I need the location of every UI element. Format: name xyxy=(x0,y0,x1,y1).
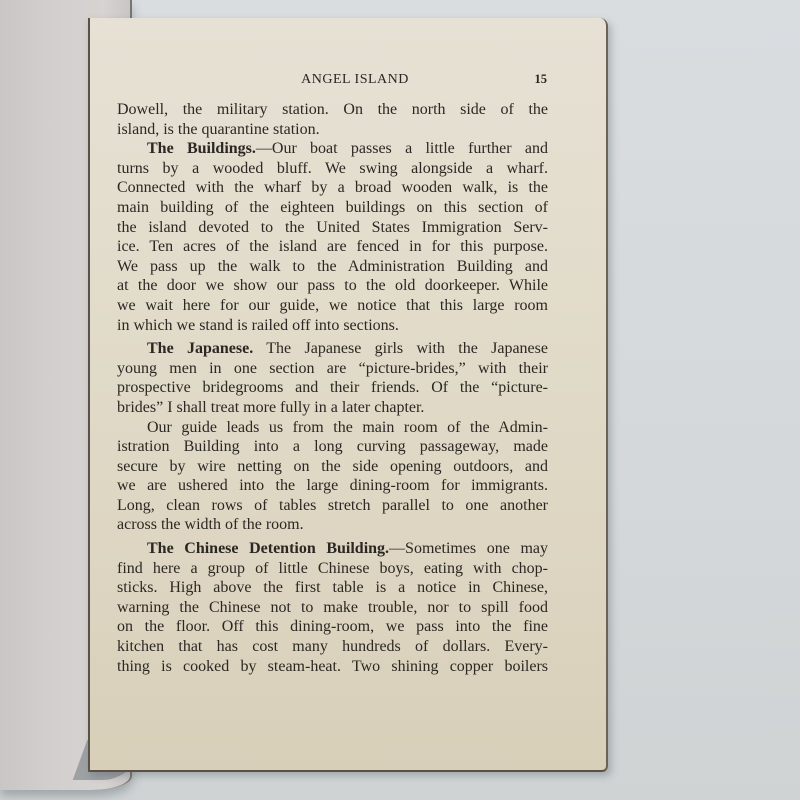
running-title: ANGEL ISLAND xyxy=(90,72,606,88)
text-run: The Japanese girls with the Japanese xyxy=(253,340,548,357)
text-line: young men in one section are “picture-br… xyxy=(117,359,548,379)
section-heading-japanese: The Japanese. xyxy=(147,340,253,357)
text-line: Long, clean rows of tables stretch paral… xyxy=(117,496,548,516)
text-line: The Chinese Detention Building.—Sometime… xyxy=(117,539,548,559)
text-line: in which we stand is railed off into sec… xyxy=(117,316,548,336)
running-head: ANGEL ISLAND 15 xyxy=(90,72,606,92)
text-line: prospective bridegrooms and their friend… xyxy=(117,378,548,398)
text-line: turns by a wooded bluff. We swing alongs… xyxy=(117,159,548,179)
text-line: We pass up the walk to the Administratio… xyxy=(117,257,548,277)
page-number: 15 xyxy=(535,72,548,87)
text-line: kitchen that has cost many hundreds of d… xyxy=(117,637,548,657)
paragraph-buildings: The Buildings.—Our boat passes a little … xyxy=(117,139,548,335)
section-heading-chinese-detention: The Chinese Detention Building. xyxy=(147,540,389,557)
text-line: ice. Ten acres of the island are fenced … xyxy=(117,237,548,257)
text-line: island, is the quarantine station. xyxy=(117,120,548,140)
text-run: —Sometimes one may xyxy=(389,540,548,557)
text-line: we wait here for our guide, we notice th… xyxy=(117,296,548,316)
text-line: on the floor. Off this dining-room, we p… xyxy=(117,617,548,637)
text-line: warning the Chinese not to make trouble,… xyxy=(117,598,548,618)
text-line: find here a group of little Chinese boys… xyxy=(117,559,548,579)
text-line: The Japanese. The Japanese girls with th… xyxy=(117,339,548,359)
text-line: Dowell, the military station. On the nor… xyxy=(117,100,548,120)
body-text: Dowell, the military station. On the nor… xyxy=(117,100,548,676)
text-line: across the width of the room. xyxy=(117,515,548,535)
book-page: ANGEL ISLAND 15 Dowell, the military sta… xyxy=(88,18,608,772)
text-line: The Buildings.—Our boat passes a little … xyxy=(117,139,548,159)
text-line: at the door we show our pass to the old … xyxy=(117,276,548,296)
text-line: we are ushered into the large dining-roo… xyxy=(117,476,548,496)
text-line: secure by wire netting on the side openi… xyxy=(117,457,548,477)
text-line: istration Building into a long curving p… xyxy=(117,437,548,457)
paragraph-guide: Our guide leads us from the main room of… xyxy=(117,418,548,536)
text-line: brides” I shall treat more fully in a la… xyxy=(117,398,548,418)
paragraph-continuation: Dowell, the military station. On the nor… xyxy=(117,100,548,139)
text-run: —Our boat passes a little further and xyxy=(256,140,548,157)
text-line: sticks. High above the first table is a … xyxy=(117,578,548,598)
text-line: the island devoted to the United States … xyxy=(117,218,548,238)
text-line: thing is cooked by steam-heat. Two shini… xyxy=(117,657,548,677)
paragraph-chinese-detention: The Chinese Detention Building.—Sometime… xyxy=(117,539,548,676)
section-heading-buildings: The Buildings. xyxy=(147,140,256,157)
text-line: main building of the eighteen buildings … xyxy=(117,198,548,218)
text-line: Connected with the wharf by a broad wood… xyxy=(117,178,548,198)
paragraph-japanese: The Japanese. The Japanese girls with th… xyxy=(117,339,548,417)
text-line: Our guide leads us from the main room of… xyxy=(117,418,548,438)
